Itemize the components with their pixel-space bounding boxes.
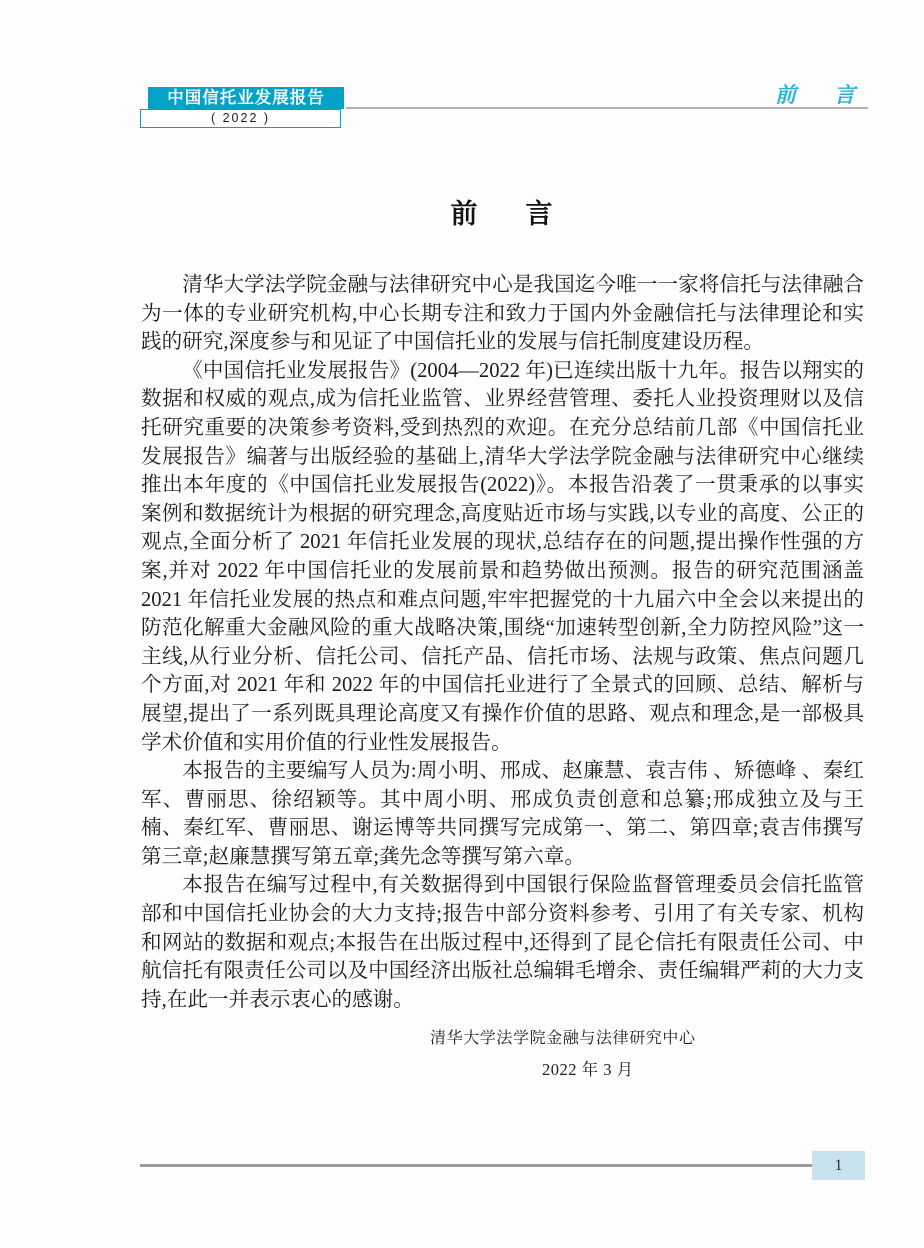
paragraph-authors: 本报告的主要编写人员为:周小明、邢成、赵廉慧、袁吉伟 、矫德峰 、秦红军、曹丽思… <box>141 757 864 871</box>
preface-body: 清华大学法学院金融与法律研究中心是我国迄今唯一一家将信托与法律融合为一体的专业研… <box>141 271 864 1014</box>
signature-organization: 清华大学法学院金融与法律研究中心 <box>430 1028 863 1050</box>
preface-page: 中国信托业发展报告 ( 2022 ) 前 言 前 言 清华大学法学院金融与法律研… <box>0 0 924 1248</box>
signature-date: 2022 年 3 月 <box>542 1059 863 1081</box>
report-title-banner: 中国信托业发展报告 <box>148 87 344 109</box>
signature-block: 清华大学法学院金融与法律研究中心 2022 年 3 月 <box>140 1028 863 1081</box>
preface-title-char1: 前 <box>451 197 478 231</box>
page-number-badge: 1 <box>812 1151 865 1180</box>
paragraph-report-overview: 《中国信托业发展报告》(2004—2022 年)已连续出版十九年。报告以翔实的数… <box>141 357 864 757</box>
running-head-char1: 前 <box>775 85 796 106</box>
preface-title: 前 言 <box>140 197 863 231</box>
report-year-label: ( 2022 ) <box>140 109 341 128</box>
preface-title-char2: 言 <box>526 197 553 231</box>
paragraph-acknowledgements: 本报告在编写过程中,有关数据得到中国银行保险监督管理委员会信托监管部和中国信托业… <box>141 871 864 1014</box>
paragraph-intro: 清华大学法学院金融与法律研究中心是我国迄今唯一一家将信托与法律融合为一体的专业研… <box>141 271 864 357</box>
running-head-chapter: 前 言 <box>775 85 855 106</box>
header-rule <box>346 107 868 109</box>
running-head-char2: 言 <box>834 85 855 106</box>
footer-rule <box>140 1164 812 1167</box>
